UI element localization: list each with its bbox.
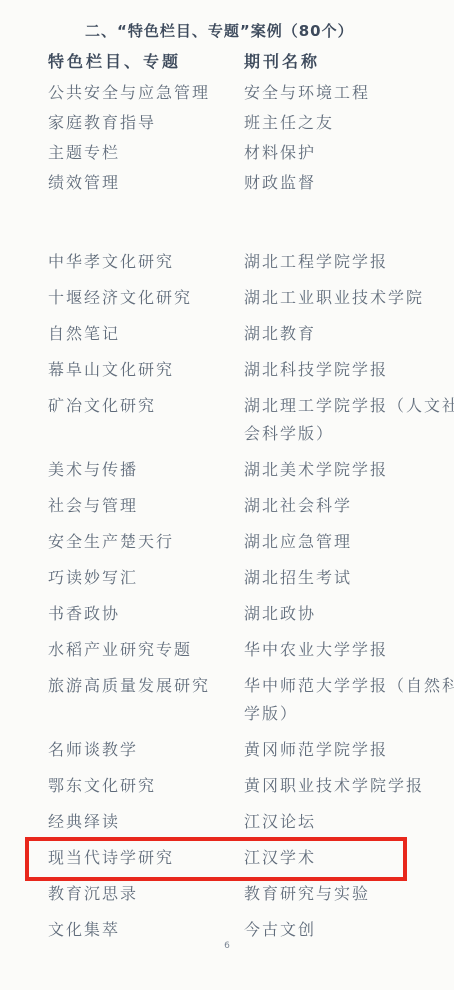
topic-cell: 矿冶文化研究: [48, 392, 244, 420]
topic-cell: 家庭教育指导: [48, 108, 244, 138]
journal-cell: 湖北政协: [244, 600, 454, 628]
topic-cell: 自然笔记: [48, 320, 244, 348]
journal-cell: 江汉学术: [244, 844, 454, 872]
table-row: 旅游高质量发展研究华中师范大学学报（自然科 学版）: [0, 672, 454, 728]
journal-cell: 班主任之友: [244, 108, 454, 138]
journal-cell: 黄冈师范学院学报: [244, 736, 454, 764]
journal-cell: 湖北美术学院学报: [244, 456, 454, 484]
table-row: 幕阜山文化研究湖北科技学院学报: [0, 356, 454, 384]
topic-cell: 十堰经济文化研究: [48, 284, 244, 312]
journal-cell: 湖北教育: [244, 320, 454, 348]
journal-cell: 财政监督: [244, 168, 454, 198]
topic-cell: 教育沉思录: [48, 880, 244, 908]
table-row: 水稻产业研究专题华中农业大学学报: [0, 636, 454, 664]
journal-cell: 湖北招生考试: [244, 564, 454, 592]
table-row: 经典绎读江汉论坛: [0, 808, 454, 836]
table-row: 矿冶文化研究湖北理工学院学报（人文社 会科学版）: [0, 392, 454, 448]
column-header-journal: 期刊名称: [244, 46, 454, 78]
topic-cell: 现当代诗学研究: [48, 844, 244, 872]
journal-cell: 湖北社会科学: [244, 492, 454, 520]
journal-cell: 教育研究与实验: [244, 880, 454, 908]
table-row: 鄂东文化研究黄冈职业技术学院学报: [0, 772, 454, 800]
page-title: 二、“特色栏目、专题”案例（80个）: [85, 20, 354, 41]
cases-table: 特色栏目、专题 期刊名称 公共安全与应急管理安全与环境工程家庭教育指导班主任之友…: [0, 46, 454, 952]
table-row: 文化集萃今古文创: [0, 916, 454, 944]
journal-cell: 湖北应急管理: [244, 528, 454, 556]
table-row: 公共安全与应急管理安全与环境工程: [0, 78, 454, 108]
journal-cell: 今古文创: [244, 916, 454, 944]
journal-cell: 安全与环境工程: [244, 78, 454, 108]
table-section-2: 中华孝文化研究湖北工程学院学报十堰经济文化研究湖北工业职业技术学院自然笔记湖北教…: [0, 248, 454, 944]
page-number: 6: [0, 941, 454, 951]
topic-cell: 巧读妙写汇: [48, 564, 244, 592]
journal-cell: 材料保护: [244, 138, 454, 168]
journal-cell: 湖北工业职业技术学院: [244, 284, 454, 312]
table-row: 绩效管理财政监督: [0, 168, 454, 198]
table-row: 现当代诗学研究江汉学术: [0, 844, 454, 872]
topic-cell: 社会与管理: [48, 492, 244, 520]
table-row: 美术与传播湖北美术学院学报: [0, 456, 454, 484]
table-row: 自然笔记湖北教育: [0, 320, 454, 348]
topic-cell: 美术与传播: [48, 456, 244, 484]
topic-cell: 中华孝文化研究: [48, 248, 244, 276]
topic-cell: 绩效管理: [48, 168, 244, 198]
column-header-topic: 特色栏目、专题: [48, 46, 244, 78]
journal-cell: 湖北理工学院学报（人文社 会科学版）: [244, 392, 454, 448]
table-header-row: 特色栏目、专题 期刊名称: [0, 46, 454, 78]
topic-cell: 书香政协: [48, 600, 244, 628]
topic-cell: 主题专栏: [48, 138, 244, 168]
table-row: 社会与管理湖北社会科学: [0, 492, 454, 520]
journal-cell: 黄冈职业技术学院学报: [244, 772, 454, 800]
document-page: 二、“特色栏目、专题”案例（80个） 特色栏目、专题 期刊名称 公共安全与应急管…: [0, 0, 454, 990]
topic-cell: 公共安全与应急管理: [48, 78, 244, 108]
table-row: 名师谈教学黄冈师范学院学报: [0, 736, 454, 764]
table-section-1: 公共安全与应急管理安全与环境工程家庭教育指导班主任之友主题专栏材料保护绩效管理财…: [0, 78, 454, 198]
topic-cell: 鄂东文化研究: [48, 772, 244, 800]
table-row: 十堰经济文化研究湖北工业职业技术学院: [0, 284, 454, 312]
topic-cell: 名师谈教学: [48, 736, 244, 764]
table-row: 家庭教育指导班主任之友: [0, 108, 454, 138]
table-row: 主题专栏材料保护: [0, 138, 454, 168]
table-row: 巧读妙写汇湖北招生考试: [0, 564, 454, 592]
topic-cell: 经典绎读: [48, 808, 244, 836]
journal-cell: 江汉论坛: [244, 808, 454, 836]
table-row: 安全生产楚天行湖北应急管理: [0, 528, 454, 556]
journal-cell: 湖北科技学院学报: [244, 356, 454, 384]
topic-cell: 文化集萃: [48, 916, 244, 944]
journal-cell: 华中农业大学学报: [244, 636, 454, 664]
table-row: 中华孝文化研究湖北工程学院学报: [0, 248, 454, 276]
topic-cell: 幕阜山文化研究: [48, 356, 244, 384]
topic-cell: 水稻产业研究专题: [48, 636, 244, 664]
topic-cell: 旅游高质量发展研究: [48, 672, 244, 700]
table-row: 教育沉思录教育研究与实验: [0, 880, 454, 908]
journal-cell: 华中师范大学学报（自然科 学版）: [244, 672, 454, 728]
topic-cell: 安全生产楚天行: [48, 528, 244, 556]
table-row: 书香政协湖北政协: [0, 600, 454, 628]
journal-cell: 湖北工程学院学报: [244, 248, 454, 276]
